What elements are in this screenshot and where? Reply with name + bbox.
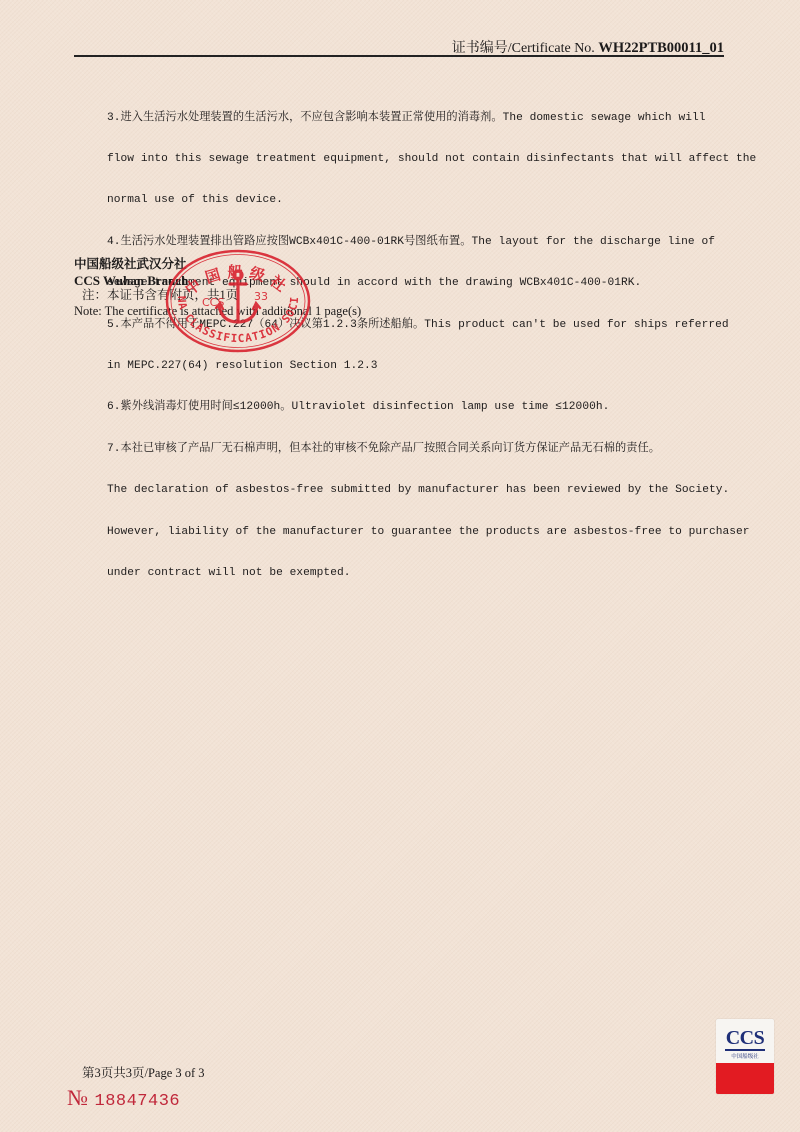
numero-sign: № — [67, 1085, 89, 1110]
condition-line: normal use of this device. — [107, 194, 747, 208]
ccs-logo-text: CCS — [716, 1028, 774, 1048]
stamp-center-right: 33 — [254, 290, 268, 303]
condition-line: under contract will not be exempted. — [107, 567, 747, 581]
condition-line: However, liability of the manufacturer t… — [107, 526, 747, 540]
ccs-logo: CCS 中国船级社 — [716, 1019, 774, 1094]
page-indicator: 第3页共3页/Page 3 of 3 — [82, 1063, 205, 1081]
condition-line: flow into this sewage treatment equipmen… — [107, 153, 747, 167]
header-divider — [74, 55, 724, 57]
condition-line: 7.本社已审核了产品厂无石棉声明，但本社的审核不免除产品厂按照合同关系向订货方保… — [107, 443, 747, 457]
ccs-logo-subtext: 中国船级社 — [716, 1052, 774, 1060]
certificate-number: WH22PTB00011_01 — [598, 40, 724, 56]
certificate-number-header: 证书编号/Certificate No. WH22PTB00011_01 — [452, 37, 724, 57]
serial-number: №18847436 — [67, 1085, 180, 1111]
serial-value: 18847436 — [95, 1092, 181, 1111]
condition-line: 3.进入生活污水处理装置的生活污水，不应包含影响本装置正常使用的消毒剂。The … — [107, 112, 747, 126]
ccs-logo-red-block — [716, 1063, 774, 1094]
condition-line: in MEPC.227(64) resolution Section 1.2.3 — [107, 360, 747, 374]
condition-line: 6.紫外线消毒灯使用时间≤12000h。Ultraviolet disinfec… — [107, 401, 747, 415]
condition-line: The declaration of asbestos-free submitt… — [107, 484, 747, 498]
stamp-center-left: CCS — [202, 296, 224, 309]
certificate-label: 证书编号/Certificate No. — [452, 41, 599, 56]
ccs-logo-bar — [725, 1049, 765, 1051]
official-seal-stamp: 中国船级社 CHINA CLASSIFICATION SOCIETY CCS 3… — [164, 248, 312, 354]
